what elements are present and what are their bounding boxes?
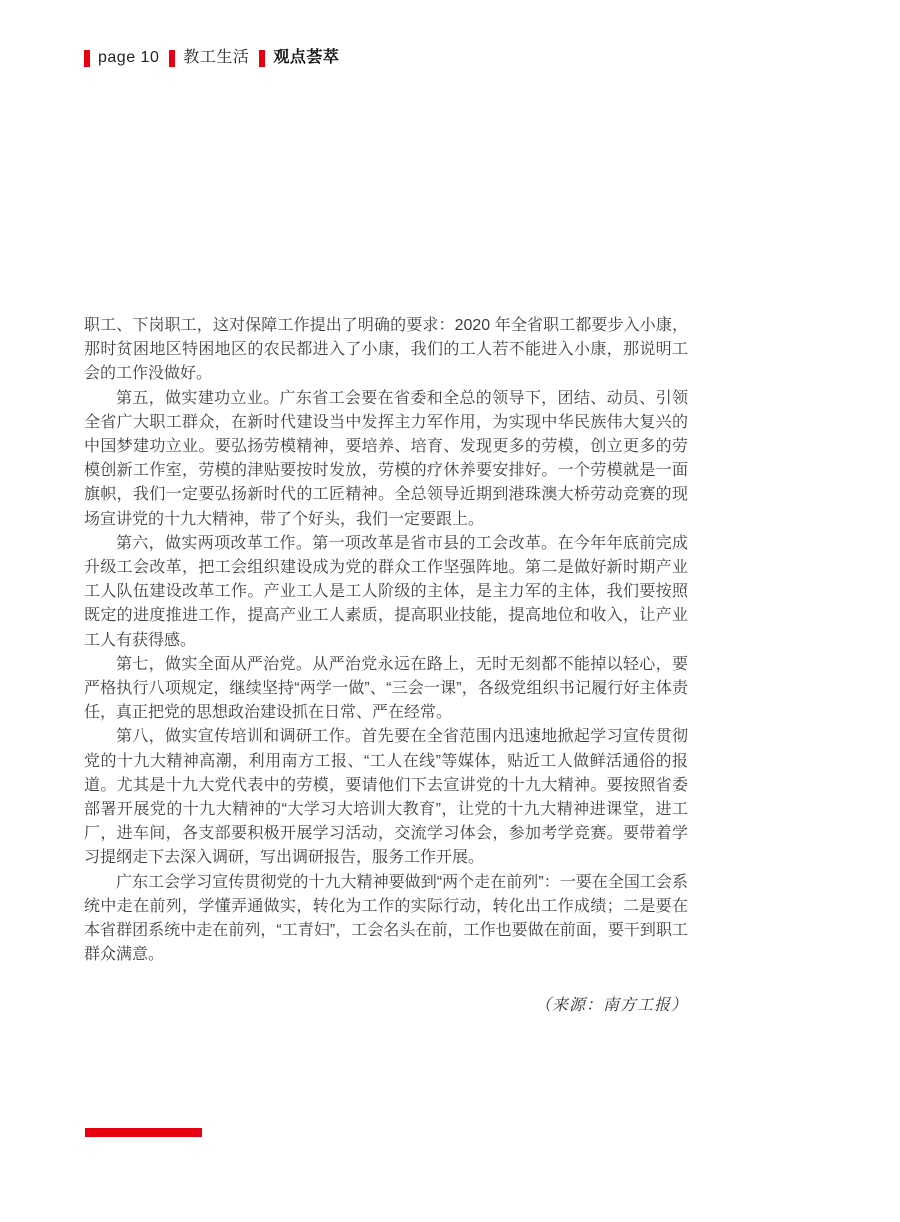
article-paragraph: 第六，做实两项改革工作。第一项改革是省市县的工会改革。在今年年底前完成升级工会改…: [84, 532, 688, 653]
page-header: page 10 教工生活 观点荟萃: [84, 49, 349, 67]
article-body: 职工、下岗职工，这对保障工作提出了明确的要求：2020 年全省职工都要步入小康，…: [84, 314, 688, 1018]
article-paragraph: 第五，做实建功立业。广东省工会要在省委和全总的领导下，团结、动员、引领全省广大职…: [84, 387, 688, 532]
section-label: 教工生活: [183, 49, 249, 67]
source-attribution: （来源：南方工报）: [84, 993, 688, 1017]
column-label: 观点荟萃: [273, 49, 339, 67]
article-paragraph: 广东工会学习宣传贯彻党的十九大精神要做到“两个走在前列”：一要在全国工会系统中走…: [84, 871, 688, 968]
page-number-label: page 10: [98, 49, 159, 67]
article-paragraph: 第八，做实宣传培训和调研工作。首先要在全省范围内迅速地掀起学习宣传贯彻党的十九大…: [84, 725, 688, 870]
red-marker-icon: [259, 50, 265, 67]
footer-red-bar: [85, 1128, 202, 1137]
document-page: page 10 教工生活 观点荟萃 职工、下岗职工，这对保障工作提出了明确的要求…: [0, 0, 900, 1222]
red-marker-icon: [84, 50, 90, 67]
article-paragraph: 第七，做实全面从严治党。从严治党永远在路上，无时无刻都不能掉以轻心，要严格执行八…: [84, 653, 688, 726]
article-paragraph: 职工、下岗职工，这对保障工作提出了明确的要求：2020 年全省职工都要步入小康，…: [84, 314, 688, 387]
red-marker-icon: [169, 50, 175, 67]
